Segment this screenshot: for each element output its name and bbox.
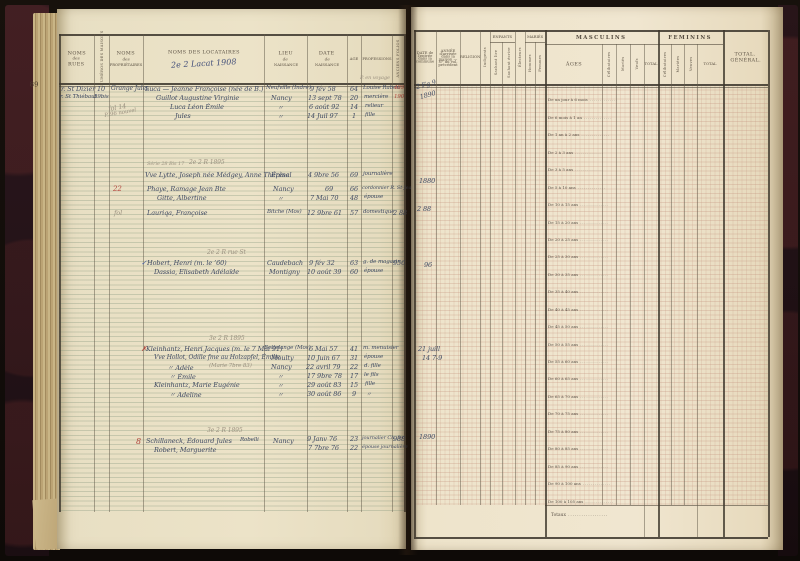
handwritten-entry: Série 28 Bis 17 [147, 161, 184, 167]
col-header-masc-veufs: Veufs [630, 44, 644, 84]
age-bracket-row: De 15 à 20 ans [545, 208, 602, 225]
handwritten-entry: Vve Hollot, Odille fme au Holzapfel, Émi… [154, 354, 280, 361]
handwritten-entry: Robelli [240, 437, 259, 443]
age-bracket-label: De 50 à 55 ans [548, 342, 598, 347]
handwritten-entry: Robert, Marguerite [154, 446, 216, 454]
handwritten-entry: Nancy [273, 437, 294, 445]
handwritten-entry: 9 Janv 76 [307, 435, 337, 443]
handwritten-entry: Montigny [269, 268, 300, 276]
handwritten-entry: 10 Juin 67 [307, 354, 340, 362]
handwritten-entry: 30 août 86 [307, 390, 341, 398]
column-line [490, 30, 491, 505]
handwritten-entry: Luca — Jeanne Françoise (née de B.) [145, 85, 263, 93]
column-line [684, 44, 685, 505]
handwritten-entry: 10 août 39 [307, 268, 341, 276]
age-bracket-row: De 55 à 60 ans [545, 348, 602, 365]
group-header-feminins: FEMININS [658, 30, 723, 44]
handwritten-entry: épouse [364, 354, 383, 360]
col-header-sachant-lire: Sachant lire [490, 42, 502, 84]
rule-line [545, 505, 768, 506]
handwritten-entry: 1 [352, 112, 356, 120]
handwritten-entry: Kleinhantz, Henri Jacques (m. le 7 Mai 9… [146, 345, 282, 353]
age-bracket-label: De 40 à 45 ans [548, 307, 598, 312]
age-bracket-row: De 30 à 35 ans [545, 260, 602, 277]
handwritten-entry: 〃 [277, 381, 283, 390]
handwritten-entry: 8 [136, 437, 141, 446]
age-bracket-row: De 100 à 105 ans [545, 487, 602, 504]
age-bracket-label: De 2 à 3 ans [548, 150, 598, 155]
handwritten-entry: fol [114, 209, 122, 217]
handwritten-entry: 12 9bre 61 [307, 209, 342, 217]
col-header-locataires: NOMS DES LOCATAIRES 2e 2 Lacat 1908 [143, 34, 264, 83]
age-bracket-row: De un jour à 6 mois [545, 86, 602, 103]
rule-line [414, 537, 768, 539]
column-line [671, 44, 672, 505]
col-header-masc-celibataires: Célibataires [602, 44, 616, 84]
age-bracket-label: De 15 à 20 ans [548, 220, 598, 225]
column-line [644, 44, 645, 537]
handwritten-entry: 2e 2 R 1895 [189, 159, 225, 166]
col-header-fem-mariees: Mariées [671, 44, 684, 84]
age-bracket-label: De 85 à 90 ans [548, 464, 598, 469]
handwritten-entry: ✓ [141, 259, 147, 267]
age-bracket-label: De 100 à 105 ans [548, 499, 598, 504]
age-bracket-rows: De un jour à 6 mois De 6 mois à 1 an De … [545, 86, 602, 505]
col-header-fem-total: TOTAL [697, 44, 723, 84]
handwritten-entry: 15 [350, 381, 358, 389]
handwritten-entry: 66 [350, 185, 358, 193]
age-bracket-label: De 70 à 75 ans [548, 412, 598, 417]
handwritten-entry: 20 [350, 94, 358, 102]
handwritten-entry: 4 9bre 56 [308, 171, 339, 179]
age-bracket-label: De un jour à 6 mois [548, 98, 598, 103]
handwritten-entry: Kleinhantz, Marie Eugénie [154, 381, 240, 389]
handwritten-entry: Grange Jules [111, 85, 149, 92]
handwritten-entry: 〃 [277, 390, 283, 399]
col-header-annee-arrivee: ANNÉE d'arrivée dans la maison — N° du v… [436, 30, 460, 84]
age-bracket-row: De 90 à 100 ans [545, 470, 602, 487]
page-edges-stack [33, 13, 60, 550]
handwritten-entry: Caudebach [267, 259, 303, 267]
totals-label: Totaux [551, 512, 608, 517]
age-bracket-label: De 25 à 30 ans [548, 255, 598, 260]
column-line [525, 30, 526, 505]
handwritten-entry: Nancy [271, 94, 292, 102]
handwritten-entry: 60 [350, 268, 358, 276]
column-line [502, 42, 503, 505]
handwritten-entry: Nancy [271, 363, 292, 371]
age-bracket-label: De 6 mois à 1 an [548, 115, 598, 120]
group-header-masculins: MASCULINS [545, 30, 658, 44]
handwritten-entry: fille [365, 112, 375, 118]
handwritten-entry: Gitte, Albertine [157, 194, 207, 202]
handwritten-entry: 17 [350, 372, 358, 380]
handwritten-entry: relieur [365, 103, 383, 109]
handwritten-entry: r. St Dizier [61, 85, 95, 93]
age-bracket-row: De 60 à 65 ans [545, 365, 602, 382]
handwritten-entry: 17 9bre 78 [307, 372, 342, 380]
handwritten-entry: (Marie 7bre 83) [209, 363, 252, 369]
handwritten-entry: 57 [350, 209, 358, 217]
handwritten-entry: 2e 2 R rue St [207, 249, 246, 256]
col-header-electeurs: Électeurs [515, 30, 525, 84]
handwritten-entry: journalière [363, 171, 393, 177]
handwritten-entry: 22 avril 79 [306, 363, 340, 371]
handwritten-entry: Lauriqa, Françoise [147, 209, 207, 217]
col-header-masc-total: TOTAL [644, 44, 658, 84]
handwritten-entry: épouse [364, 194, 383, 200]
age-bracket-label: De 3 à 5 ans [548, 168, 598, 173]
column-line [347, 34, 348, 512]
handwritten-entry: Bettelange (Mos) [264, 345, 311, 351]
col-header-hommes: Hommes [525, 42, 535, 84]
age-bracket-row: De 70 à 75 ans [545, 400, 602, 417]
handwritten-entry: 69 [350, 171, 358, 179]
column-line [436, 30, 437, 505]
handwritten-entry: r. St Thiébaut [60, 94, 97, 100]
col-header-indigents: Indigents [480, 30, 490, 84]
handwritten-entry: 7 Mai 70 [310, 194, 338, 202]
age-bracket-row: De 75 à 80 ans [545, 417, 602, 434]
column-line [264, 34, 265, 512]
register-right-page: DATE de l'entrée dans la commune ANNÉE d… [411, 7, 783, 550]
col-header-religion: RELIGION [460, 30, 480, 84]
age-bracket-row: De 6 mois à 1 an [545, 103, 602, 120]
handwritten-entry: 7 7bre 76 [308, 444, 339, 452]
handwritten-header-note: 2e 2 Lacat 1908 [171, 57, 237, 69]
column-line [94, 34, 95, 512]
handwritten-entry: 〃 Adeline [169, 390, 202, 399]
handwritten-entry: 2 88 [417, 205, 431, 213]
age-bracket-label: De 60 à 65 ans [548, 377, 598, 382]
age-bracket-row: De 40 à 45 ans [545, 295, 602, 312]
handwritten-entry: Luca Léon Émile [170, 103, 224, 111]
handwritten-entry: 64 [350, 85, 358, 93]
age-bracket-row: De 1 an à 2 ans [545, 121, 602, 138]
age-bracket-label: De 65 à 70 ans [548, 394, 598, 399]
col-header-fem-celibataires: Célibataires [658, 44, 671, 84]
col-header-date-naissance: DATE de NAISSANCE [307, 34, 347, 83]
handwritten-entry: 6 Mai 57 [309, 345, 337, 353]
col-header-femmes: Femmes [535, 42, 545, 84]
age-bracket-row: De 10 à 15 ans [545, 191, 602, 208]
handwritten-entry: 9 fév 58 [310, 85, 336, 93]
handwritten-entry: 14 [350, 103, 358, 111]
handwritten-entry: 14 Juil 97 [307, 112, 338, 120]
handwritten-entry: fille [365, 381, 375, 387]
handwritten-entry: 69 [325, 185, 333, 193]
column-line [480, 30, 481, 505]
handwritten-entry: 9 fév 32 [309, 259, 335, 267]
handwritten-entry: Dassia, Elisabeth Adélaïde [154, 268, 239, 276]
book-gutter-shadow [398, 5, 418, 555]
age-bracket-label: De 5 à 10 ans [548, 185, 598, 190]
handwritten-entry: 10 [97, 85, 105, 93]
column-line [768, 30, 770, 537]
handwritten-entry: 9 [352, 390, 356, 398]
column-line [723, 30, 725, 537]
handwritten-entry: Neufville (Indre) [266, 85, 311, 91]
col-header-age: AGE [347, 34, 361, 83]
col-header-rues: NOMS des RUES [59, 34, 94, 83]
register-left-page: NOMS des RUES NUMÉROS DES MAISONS NOMS d… [57, 9, 406, 549]
age-bracket-label: De 30 à 35 ans [548, 272, 598, 277]
handwritten-entry: 41 [350, 345, 358, 353]
age-bracket-row: De 65 à 70 ans [545, 382, 602, 399]
age-bracket-row: De 20 à 25 ans [545, 226, 602, 243]
column-line [460, 30, 461, 505]
col-header-total-general: TOTAL. GÉNÉRAL. [723, 30, 768, 84]
column-line [697, 44, 698, 537]
age-bracket-row: De 5 à 10 ans [545, 173, 602, 190]
handwritten-entry: 〃 [366, 390, 371, 398]
handwritten-entry: 14 7-9 [422, 354, 442, 362]
col-header-ages: ÂGES [545, 44, 602, 84]
age-bracket-row: De 25 à 30 ans [545, 243, 602, 260]
age-bracket-label: De 75 à 80 ans [548, 429, 598, 434]
handwritten-entry: 31 [350, 354, 358, 362]
handwritten-entry: 22 [113, 185, 122, 193]
age-bracket-label: De 20 à 25 ans [548, 237, 598, 242]
handwritten-entry: 〃 [277, 372, 283, 381]
handwritten-entry: 22 [350, 363, 358, 371]
page-number: 89 [30, 81, 39, 89]
handwritten-entry: 63 [350, 259, 358, 267]
handwritten-entry: 3e 2 R 1895 [209, 335, 245, 342]
handwritten-entry: 〃 [277, 112, 283, 121]
book-scan-scene: 89 NOMS des RUES NUMÉROS DES MAISONS NOM… [0, 0, 800, 561]
age-bracket-label: De 35 à 40 ans [548, 290, 598, 295]
handwritten-entry: Hobert, Henri (m. le ’60) [147, 259, 227, 267]
handwritten-entry: Nancy [273, 185, 294, 193]
handwritten-entry: épouse [364, 268, 383, 274]
col-header-sachant-ecrire: Sachant écrire [502, 42, 515, 84]
handwritten-entry: Phaye, Ramage Jean Bte [147, 185, 226, 193]
handwritten-entry: 23 [350, 435, 358, 443]
handwritten-entry: le fils [364, 372, 378, 378]
handwritten-entry: 3e 2 R 1895 [207, 427, 243, 434]
age-bracket-label: De 80 à 85 ans [548, 447, 598, 452]
column-line [535, 42, 536, 505]
col-header-masc-maries: Mariés [616, 44, 630, 84]
column-line [143, 34, 144, 512]
handwritten-entry: 22 [350, 444, 358, 452]
age-bracket-label: De 45 à 50 ans [548, 325, 598, 330]
handwritten-entry: 1890 [419, 433, 435, 441]
handwritten-entry: mercière [364, 94, 388, 100]
age-bracket-label: De 1 an à 2 ans [548, 133, 598, 138]
handwritten-entry: P. en voyage [360, 75, 390, 81]
handwritten-entry: domestique [363, 209, 394, 215]
handwritten-entry: m. menuisier [363, 345, 398, 351]
age-bracket-row: De 80 à 85 ans [545, 435, 602, 452]
age-bracket-label: De 55 à 60 ans [548, 360, 598, 365]
handwritten-entry: 1880 [419, 177, 435, 185]
handwritten-entry: 〃 Adèle [167, 363, 194, 372]
handwritten-entry: Guillot Augustine Virginie [156, 94, 239, 102]
column-line [515, 30, 516, 505]
handwritten-entry: 96 [424, 261, 432, 269]
handwritten-entry: Bitche (Mos) [267, 209, 302, 215]
column-line [616, 44, 617, 505]
col-header-proprietaires: NOMS des PROPRIÉTAIRES [109, 34, 143, 83]
handwritten-entry: 6 août 92 [309, 103, 339, 111]
handwritten-entry: 〃 [277, 103, 283, 112]
column-line [59, 34, 61, 512]
age-bracket-row: De 2 à 3 ans [545, 138, 602, 155]
age-bracket-row: De 45 à 50 ans [545, 313, 602, 330]
column-line [630, 44, 631, 505]
handwritten-entry: Schillaneck, Édouard Jules [146, 437, 232, 445]
age-bracket-row: De 50 à 55 ans [545, 330, 602, 347]
age-bracket-row: De 3 à 5 ans [545, 156, 602, 173]
handwritten-entry: Jules [175, 112, 191, 120]
handwritten-entry: 13 sept 78 [308, 94, 342, 102]
handwritten-entry: Épinal [271, 171, 292, 179]
handwritten-entry: 39bis [94, 94, 109, 100]
col-header-numeros-maisons: NUMÉROS DES MAISONS [94, 34, 109, 83]
age-bracket-label: De 90 à 100 ans [548, 482, 598, 487]
handwritten-entry: 〃 [277, 194, 283, 203]
age-bracket-label: De 10 à 15 ans [548, 203, 598, 208]
handwritten-entry: 29 août 83 [307, 381, 341, 389]
age-bracket-row: De 35 à 40 ans [545, 278, 602, 295]
handwritten-entry: 21 juill [418, 345, 440, 353]
col-header-fem-veuves: Veuves [684, 44, 697, 84]
handwritten-entry: Moulty [271, 354, 294, 362]
age-bracket-row: De 85 à 90 ans [545, 452, 602, 469]
handwritten-entry: 〃 Émile [169, 372, 196, 381]
col-header-lieu-naissance: LIEU de NAISSANCE [264, 34, 307, 83]
handwritten-entry: d. fille [364, 363, 381, 369]
handwritten-entry: Vve Lytte, Joseph née Médgey, Anne Thérè… [145, 171, 289, 179]
column-line [658, 30, 660, 537]
handwritten-entry: 48 [350, 194, 358, 202]
